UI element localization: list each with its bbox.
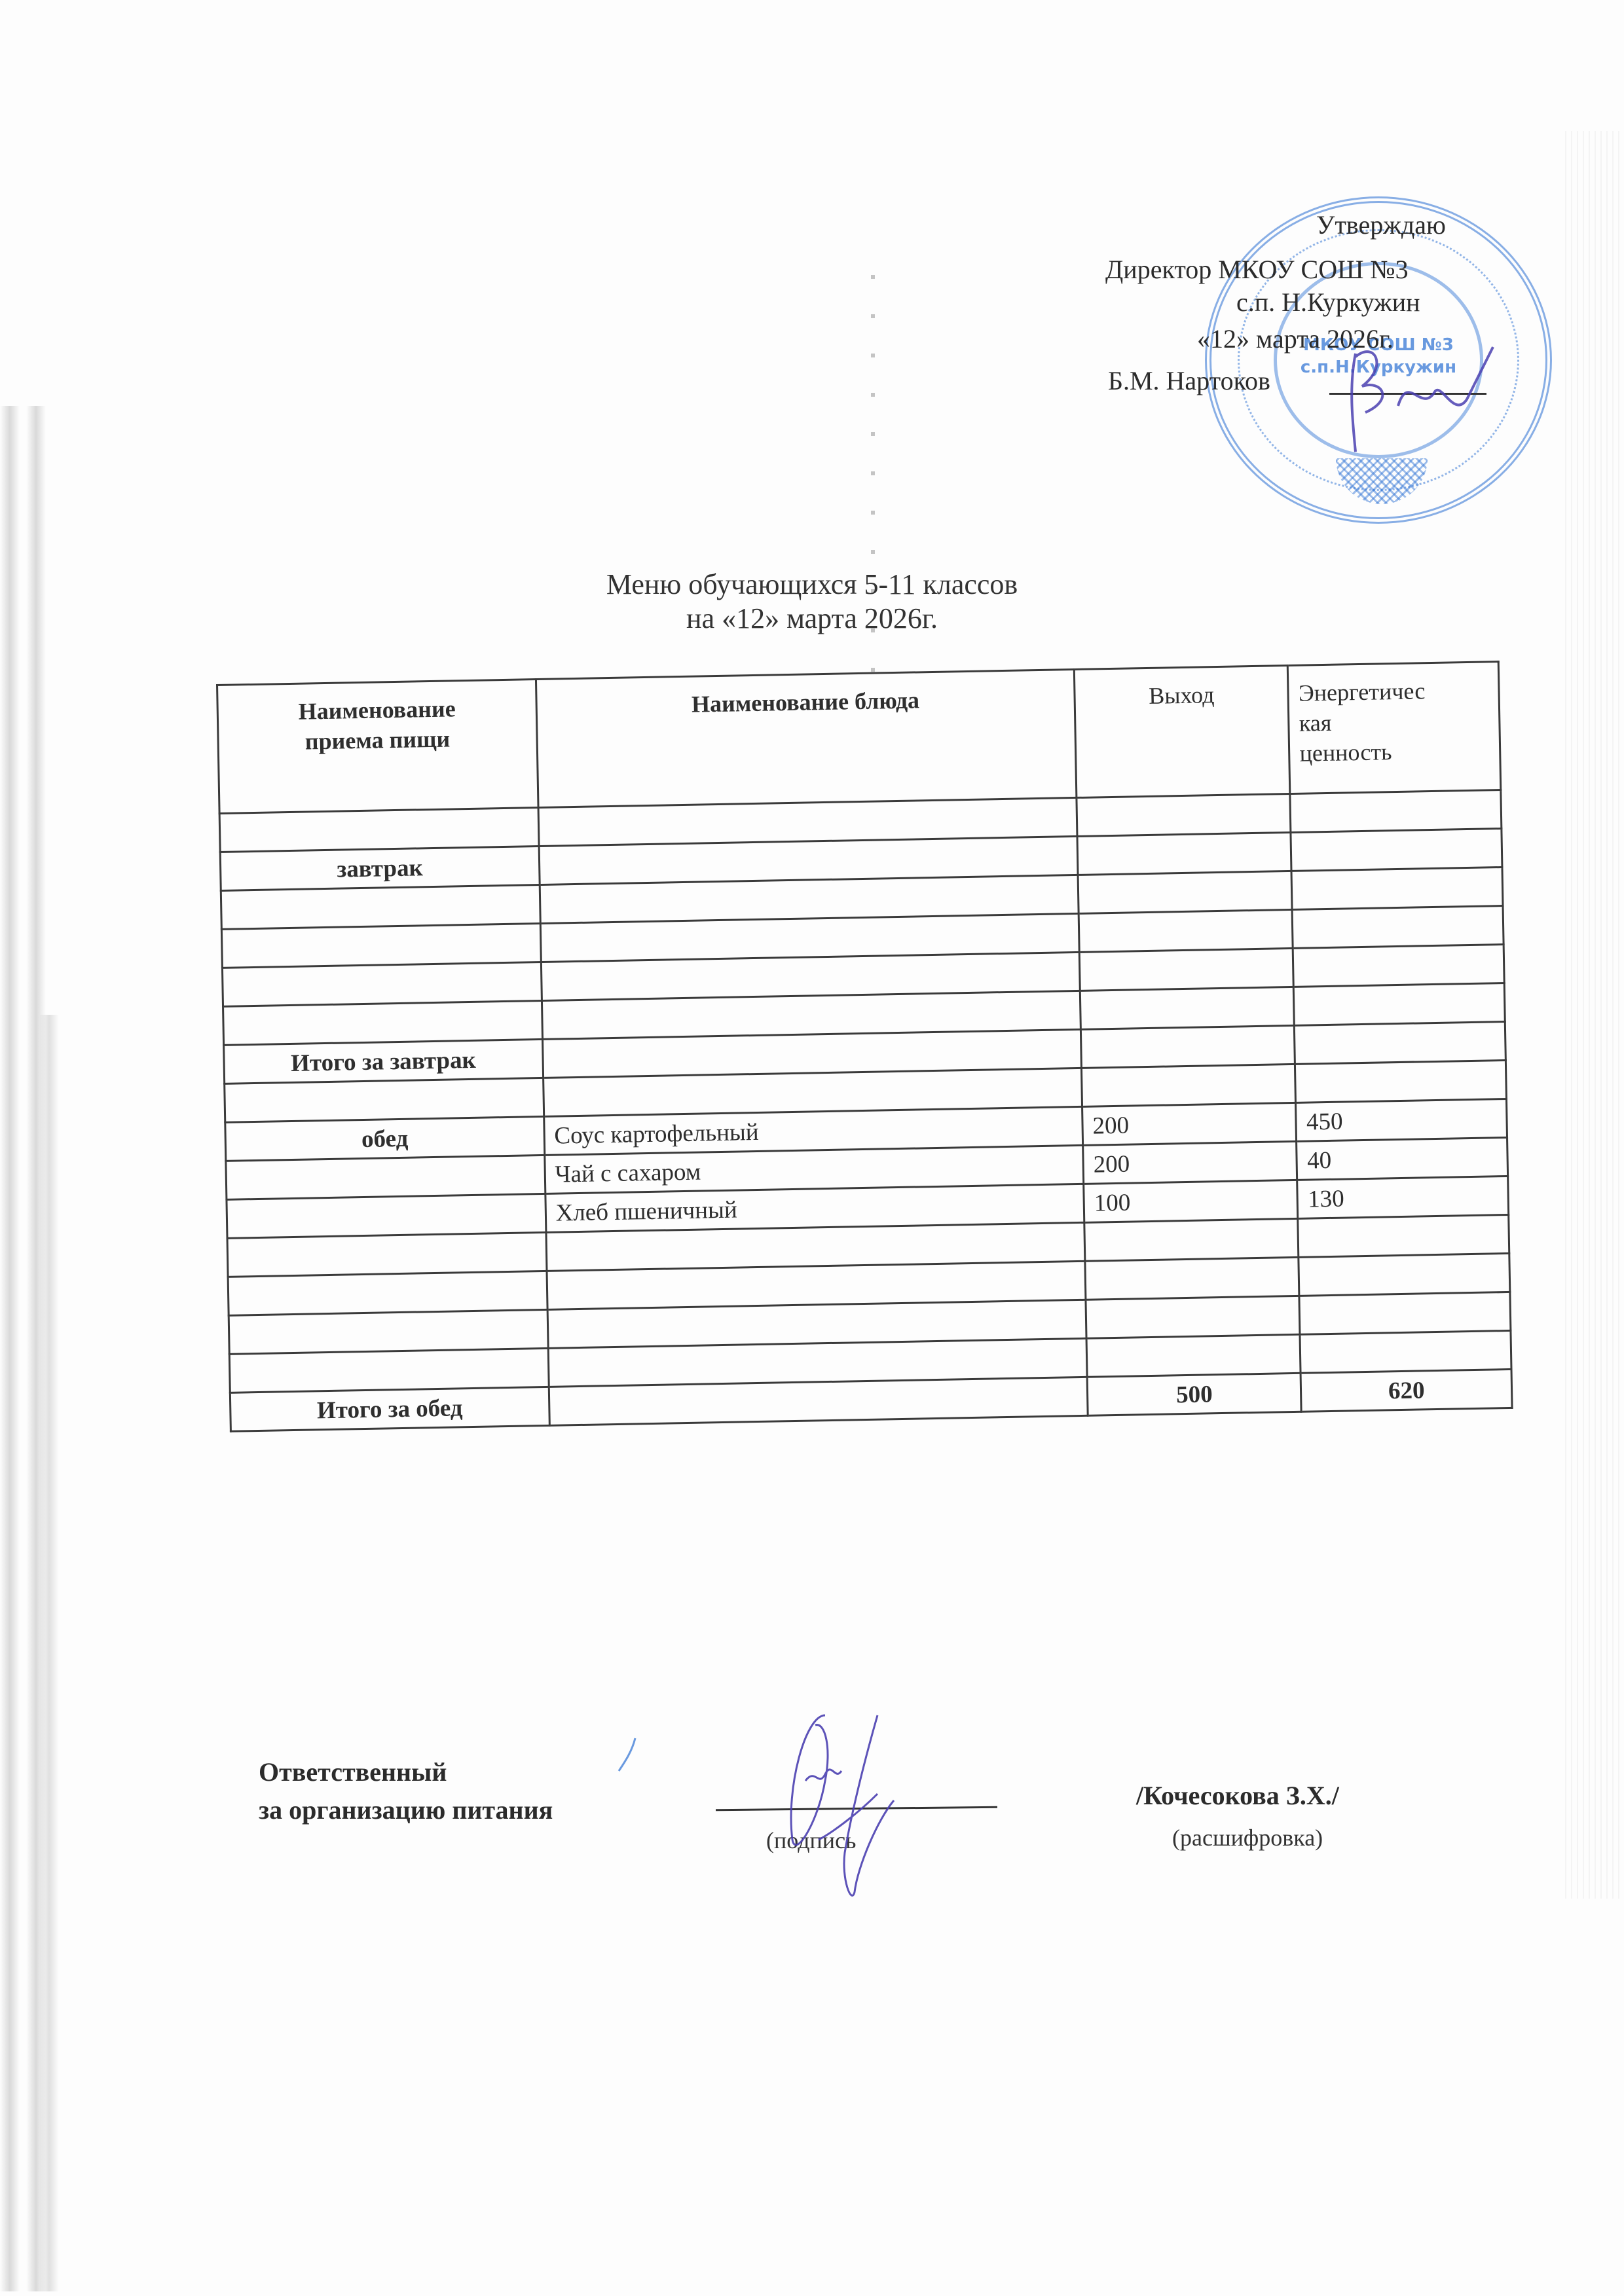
cell-meal — [225, 1078, 544, 1122]
cell-yield — [1077, 832, 1292, 875]
cell-energy — [1293, 906, 1504, 949]
document-subtitle: на «12» марта 2026г. — [0, 602, 1624, 635]
header-energy-line: кая — [1299, 704, 1489, 738]
header-yield: Выход — [1074, 666, 1290, 798]
cell-meal — [226, 1155, 545, 1199]
director-signature — [1336, 327, 1506, 458]
cell-energy: 40 — [1297, 1137, 1508, 1180]
responsible-line2: за организацию питания — [259, 1791, 553, 1829]
cell-meal — [219, 808, 539, 852]
header-meal: Наименование приема пищи — [217, 680, 538, 814]
header-energy-line: ценность — [1299, 735, 1490, 768]
name-caption: (расшифровка) — [1172, 1824, 1323, 1851]
responsible-line1: Ответственный — [259, 1753, 553, 1791]
scan-shadow — [39, 1015, 59, 2291]
approval-locality: с.п. Н.Куркужин — [1236, 288, 1420, 317]
cell-yield — [1080, 987, 1295, 1029]
responsible-signature — [779, 1709, 950, 1905]
cell-energy — [1298, 1214, 1509, 1257]
cell-yield: 200 — [1083, 1141, 1298, 1184]
cell-yield — [1079, 909, 1293, 952]
cell-yield — [1078, 871, 1293, 913]
cell-meal — [221, 923, 541, 968]
menu-table: Наименование приема пищи Наименование бл… — [216, 661, 1513, 1432]
cell-energy — [1294, 983, 1505, 1026]
cell-energy — [1293, 945, 1505, 987]
cell-meal — [222, 962, 542, 1006]
cell-yield — [1085, 1257, 1300, 1300]
cell-energy — [1299, 1253, 1510, 1296]
cell-yield: 500 — [1087, 1373, 1302, 1415]
scan-noise — [1565, 131, 1624, 1899]
stamp-hatch — [1336, 458, 1428, 504]
header-energy-line: Энергетичес — [1299, 674, 1489, 708]
table-header-row: Наименование приема пищи Наименование бл… — [217, 662, 1501, 814]
cell-meal — [227, 1194, 546, 1238]
cell-yield — [1086, 1296, 1301, 1338]
header-meal-line: Наименование — [227, 692, 526, 727]
cell-energy — [1299, 1292, 1511, 1334]
approval-signatory: Б.М. Нартоков — [1108, 367, 1270, 395]
cell-energy — [1291, 867, 1503, 910]
cell-meal: Итого за обед — [230, 1387, 549, 1431]
cell-meal: обед — [225, 1116, 545, 1161]
table-body: завтракИтого за завтракобедСоус картофел… — [219, 790, 1512, 1432]
cell-meal — [229, 1348, 549, 1393]
cell-energy — [1295, 1061, 1507, 1103]
cell-energy — [1300, 1330, 1511, 1373]
approval-position: Директор МКОУ СОШ №3 — [1105, 255, 1409, 284]
header-energy: Энергетичес кая ценность — [1288, 662, 1501, 794]
approval-title: Утверждаю — [1316, 211, 1446, 240]
scan-shadow — [0, 406, 20, 2291]
cell-meal — [228, 1271, 547, 1315]
cell-yield — [1084, 1218, 1299, 1261]
cell-yield: 100 — [1084, 1180, 1299, 1222]
cell-yield — [1080, 1025, 1295, 1068]
header-dish: Наименование блюда — [536, 669, 1077, 807]
document-title: Меню обучающихся 5-11 классов — [0, 568, 1624, 601]
header-meal-line: приема пищи — [228, 722, 527, 757]
cell-meal: Итого за завтрак — [224, 1039, 544, 1084]
cell-yield: 200 — [1082, 1102, 1297, 1145]
cell-yield — [1079, 948, 1294, 991]
cell-yield — [1081, 1064, 1296, 1106]
cell-meal — [229, 1309, 548, 1354]
cell-meal — [221, 885, 540, 930]
cell-meal — [227, 1232, 547, 1277]
cell-energy — [1295, 1022, 1506, 1065]
cell-energy — [1290, 790, 1502, 833]
responsible-label: Ответственный за организацию питания — [259, 1753, 553, 1829]
responsible-name: /Кочесокова З.Х./ — [1136, 1777, 1339, 1815]
cell-yield — [1077, 793, 1291, 836]
cell-energy: 620 — [1301, 1369, 1513, 1412]
cell-energy — [1291, 829, 1502, 871]
ink-mark — [616, 1735, 642, 1774]
cell-energy: 130 — [1297, 1176, 1509, 1218]
cell-meal — [223, 1000, 543, 1045]
cell-energy: 450 — [1296, 1099, 1507, 1141]
cell-meal: завтрак — [220, 847, 540, 891]
cell-yield — [1086, 1334, 1301, 1377]
